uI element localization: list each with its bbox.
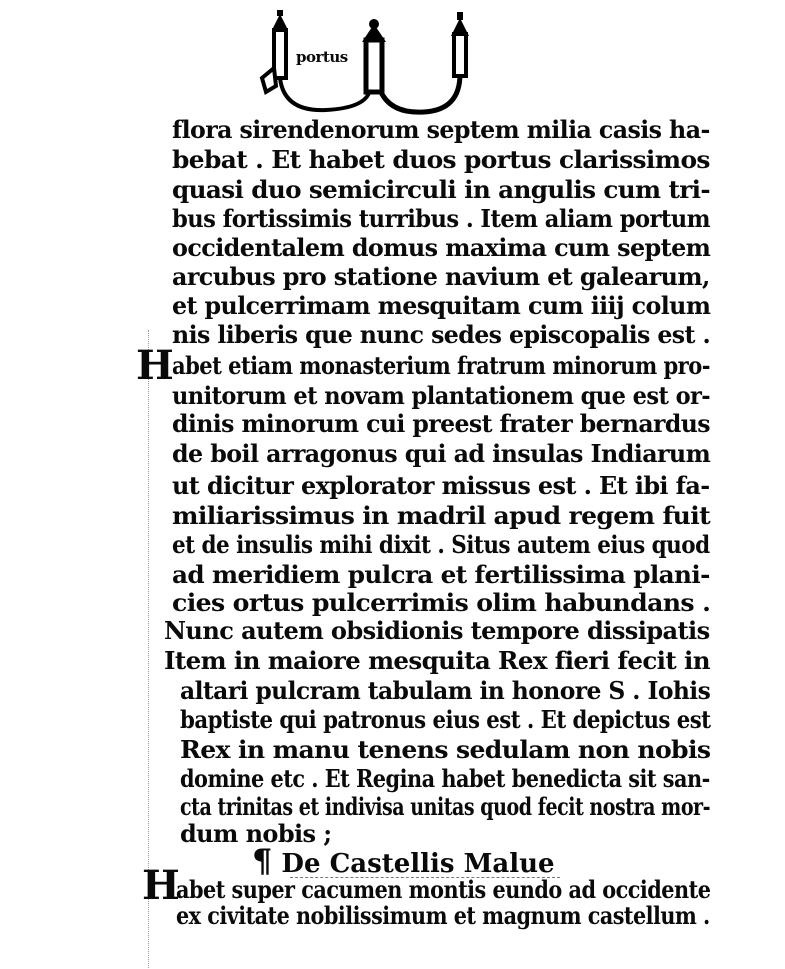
text-line: occidentalem domus maxima cum septem: [172, 234, 710, 262]
text-line: cta trinitas et indivisa unitas quod fec…: [180, 793, 710, 821]
text-line: arcubus pro statione navium et galearum,: [172, 263, 710, 291]
text-line: Item in maiore mesquita Rex fieri fecit …: [164, 647, 710, 675]
text-line: abet super cacumen montis eundo ad occid…: [176, 876, 710, 904]
text-line: baptiste qui patronus eius est . Et depi…: [180, 706, 710, 734]
text-line: miliarissimus in madril apud regem fuit: [172, 502, 710, 530]
text-line: dinis minorum cui preest frater bernardu…: [172, 410, 710, 438]
paragraph-initial: H: [136, 346, 174, 386]
illustration-label: portus: [296, 48, 348, 66]
text-line: abet etiam monasterium fratrum minorum p…: [172, 352, 710, 380]
text-line: Rex in manu tenens sedulam non nobis: [180, 736, 710, 764]
text-line: bebat . Et habet duos portus clarissimos: [172, 146, 710, 174]
text-line: ad meridiem pulcra et fertilissima plani…: [172, 561, 710, 589]
text-line: cies ortus pulcerrimis olim habundans .: [172, 589, 710, 617]
text-line: bus fortissimis turribus . Item aliam po…: [172, 205, 710, 233]
text-line: nis liberis que nunc sedes episcopalis e…: [172, 321, 710, 349]
harbour-towers-icon: [258, 8, 478, 116]
text-line: altari pulcram tabulam in honore S . Ioh…: [180, 677, 710, 705]
text-line: flora sirendenorum septem milia casis ha…: [172, 116, 710, 144]
text-line: ex civitate nobilissimum et magnum caste…: [176, 902, 710, 930]
text-line: et pulcerrimam mesquitam cum iiij colum: [172, 292, 710, 320]
text-line: unitorum et novam plantationem que est o…: [172, 382, 710, 410]
text-line: de boil arragonus qui ad insulas Indiaru…: [172, 440, 710, 468]
paragraph-initial: H: [142, 866, 180, 906]
text-line: quasi duo semicirculi in angulis cum tri…: [172, 176, 710, 204]
text-line: domine etc . Et Regina habet benedicta s…: [180, 765, 710, 793]
text-line: et de insulis mihi dixit . Situs autem e…: [172, 531, 710, 559]
text-line: ut dicitur explorator missus est . Et ib…: [172, 472, 710, 500]
text-line: Nunc autem obsidionis tempore dissipatis: [164, 617, 710, 645]
